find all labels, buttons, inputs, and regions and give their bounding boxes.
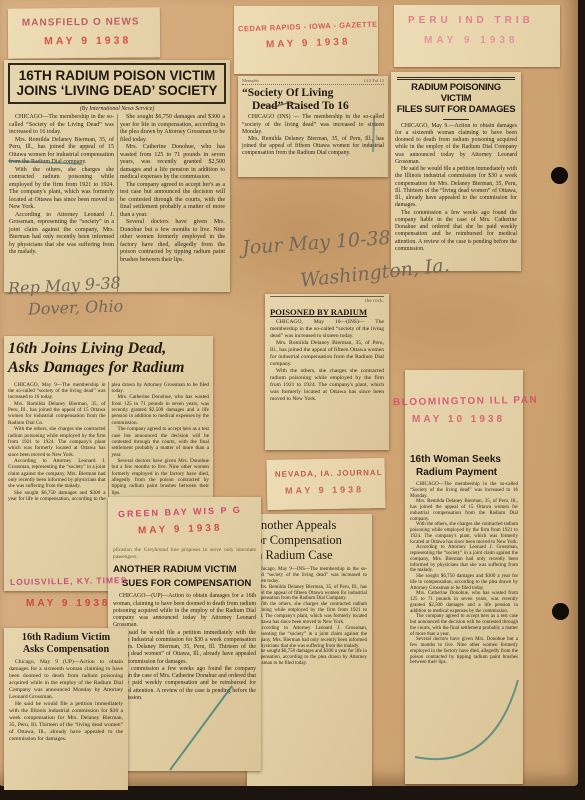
clipping-woman-seeks-radium-payment: 16th Woman Seeks Radium Payment CHICAGO—…: [405, 370, 523, 784]
stamp-peru-date: MAY 9 1938: [424, 35, 519, 46]
byline: (By International News Service): [4, 106, 230, 112]
headline-line2: JOINS ‘LIVING DEAD’ SOCIETY: [12, 83, 222, 98]
stamp-strip-peru: PERU IND TRIB MAY 9 1938: [394, 5, 560, 67]
stamp-mansfield-date: MAY 9 1938: [44, 35, 131, 48]
headline-box: 16TH RADIUM POISON VICTIM JOINS ‘LIVING …: [8, 63, 226, 104]
stamp-strip-mansfield: MANSFIELD O NEWS MAY 9 1938: [8, 7, 161, 59]
headline-line1: 16th Woman Seeks: [410, 454, 518, 467]
article-body: CHICAGO, May 9.—Action to obtain damages…: [395, 123, 517, 253]
headline-line3: In Radium Case: [252, 548, 367, 563]
handwriting-washington-line2: Washington, Ia.: [299, 254, 450, 292]
top-fragment: plication the Greyhound line proposes to…: [113, 547, 256, 561]
punch-hole-top: [551, 167, 568, 184]
handwriting-dover-line2: Dover, Ohio: [28, 296, 124, 318]
column-header-fragment: Memphis 14.5 Fol 12: [242, 78, 384, 85]
scrapbook-scan: MANSFIELD O NEWS MAY 9 1938 16TH RADIUM …: [0, 0, 585, 800]
article-body: CHICAGO, May 10—(INS)— The membership in…: [270, 319, 384, 403]
fragment-right: 14.5 Fol 12: [363, 78, 384, 83]
headline-line1: “Society Of Living: [242, 87, 384, 100]
article-body: Chicago, May 9 (UP)—Action to obtain dam…: [9, 659, 123, 743]
clipping-joins-living-dead-society: 16TH RADIUM POISON VICTIM JOINS ‘LIVING …: [4, 60, 230, 292]
clipping-poisoned-by-radium: the rock. POISONED BY RADIUM CHICAGO, Ma…: [265, 294, 389, 450]
stamp-mansfield-name: MANSFIELD O NEWS: [22, 16, 140, 28]
stamp-louisville-name: LOUISVILLE, KY. TIMES: [10, 575, 128, 587]
clipping-asks-compensation: 16th Radium Victim Asks Compensation Chi…: [4, 628, 128, 790]
headline-line2: Dead” Raised To 16: [242, 100, 384, 113]
clipping-files-suit-for-damages: RADIUM POISONING VICTIM FILES SUIT FOR D…: [391, 72, 521, 271]
article-body: Chicago, May 9—INS—The membership in the…: [252, 567, 367, 667]
headline-line1: 16th Radium Victim: [9, 632, 123, 644]
article-body: CHICAGO (INS) — The membership in the so…: [242, 114, 384, 157]
headline-line1: ANOTHER RADIUM VICTIM: [113, 564, 256, 576]
stamp-green-bay-date: MAY 9 1938: [138, 523, 223, 537]
headline-line1: Another Appeals: [252, 518, 367, 533]
stamp-strip-nevada: NEVADA, IA. JOURNAL MAY 9 1938: [267, 458, 386, 510]
stamp-cedar-rapids-name: CEDAR RAPIDS - IOWA - GAZETTE: [238, 20, 378, 34]
stamp-nevada-name: NEVADA, IA. JOURNAL: [275, 468, 383, 479]
stamp-green-bay-name: GREEN BAY WIS P G: [118, 505, 242, 519]
headline-line2: FILES SUIT FOR DAMAGES: [395, 105, 517, 116]
stamp-strip-cedar-rapids: CEDAR RAPIDS - IOWA - GAZETTE MAY 9 1938: [234, 6, 378, 74]
stamp-peru-name: PERU IND TRIB: [408, 15, 534, 26]
article-body: CHICAGO—The membership in the so-called …: [410, 482, 518, 666]
handwriting-washington-line1: Jour May 10-38: [241, 227, 391, 259]
headline-line1: 16TH RADIUM POISON VICTIM: [12, 68, 222, 83]
article-body: CHICAGO—(UP)—Action to obtain damages fo…: [113, 593, 256, 702]
clipping-another-radium-victim: GREEN BAY WIS P G MAY 9 1938 plication t…: [108, 497, 261, 771]
stamp-louisville-date: MAY 9 1938: [26, 598, 111, 609]
article-body: CHICAGO—The membership in the so-called …: [9, 114, 225, 292]
fragment-left: Memphis: [242, 78, 259, 83]
headline-line2: SUES FOR COMPENSATION: [113, 578, 256, 590]
headline-rule: [397, 77, 515, 80]
headline-line1: 16th Joins Living Dead,: [8, 340, 209, 359]
headline-line2: Radium Payment: [410, 467, 518, 480]
stamp-cedar-rapids-date: MAY 9 1938: [266, 37, 351, 51]
punch-hole-bottom: [552, 603, 569, 620]
headline-separator: [443, 119, 469, 120]
headline-line2: for Compensation: [252, 533, 367, 548]
clipping-society-raised-to-16: Memphis 14.5 Fol 12 “Society Of Living D…: [238, 76, 388, 177]
clipping-another-appeals: Another Appeals for Compensation In Radi…: [247, 514, 372, 786]
stamp-nevada-date: MAY 9 1938: [285, 484, 364, 495]
stamp-bloomington-date: MAY 10 1938: [412, 414, 505, 425]
top-fragment: the rock.: [270, 296, 384, 304]
headline-line2: Asks Compensation: [9, 644, 123, 656]
headline-line2: Asks Damages for Radium: [8, 359, 209, 378]
headline-line1: RADIUM POISONING VICTIM: [395, 83, 517, 105]
scrapbook-page: MANSFIELD O NEWS MAY 9 1938 16TH RADIUM …: [0, 0, 578, 786]
headline: POISONED BY RADIUM: [270, 307, 384, 317]
